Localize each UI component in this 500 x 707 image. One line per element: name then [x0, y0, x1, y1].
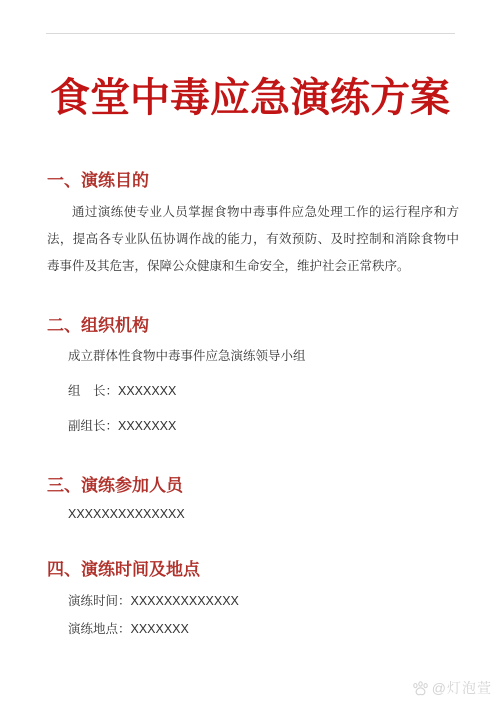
paw-icon — [412, 681, 429, 696]
drill-time-line: 演练时间：XXXXXXXXXXXXX — [68, 593, 239, 609]
organization-line-leader: 组 长：XXXXXXX — [68, 383, 176, 399]
organization-line-deputy-leader: 副组长：XXXXXXX — [68, 418, 176, 434]
document-title: 食堂中毒应急演练方案 — [0, 72, 500, 124]
section-heading-time-place: 四、演练时间及地点 — [47, 555, 200, 580]
participants-line: XXXXXXXXXXXXXX — [68, 506, 185, 522]
top-divider — [46, 33, 455, 34]
document-page: 食堂中毒应急演练方案 一、演练目的 通过演练使专业人员掌握食物中毒事件应急处理工… — [0, 0, 500, 707]
section-heading-purpose: 一、演练目的 — [47, 166, 149, 191]
watermark-text: @灯泡萱 — [432, 678, 492, 698]
section-heading-participants: 三、演练参加人员 — [47, 471, 183, 496]
section-heading-organization: 二、组织机构 — [47, 311, 149, 336]
watermark: @灯泡萱 — [412, 678, 492, 698]
drill-place-line: 演练地点：XXXXXXX — [68, 621, 189, 637]
purpose-paragraph: 通过演练使专业人员掌握食物中毒事件应急处理工作的运行程序和方法，提高各专业队伍协… — [47, 199, 459, 280]
organization-line-group: 成立群体性食物中毒事件应急演练领导小组 — [68, 348, 306, 364]
